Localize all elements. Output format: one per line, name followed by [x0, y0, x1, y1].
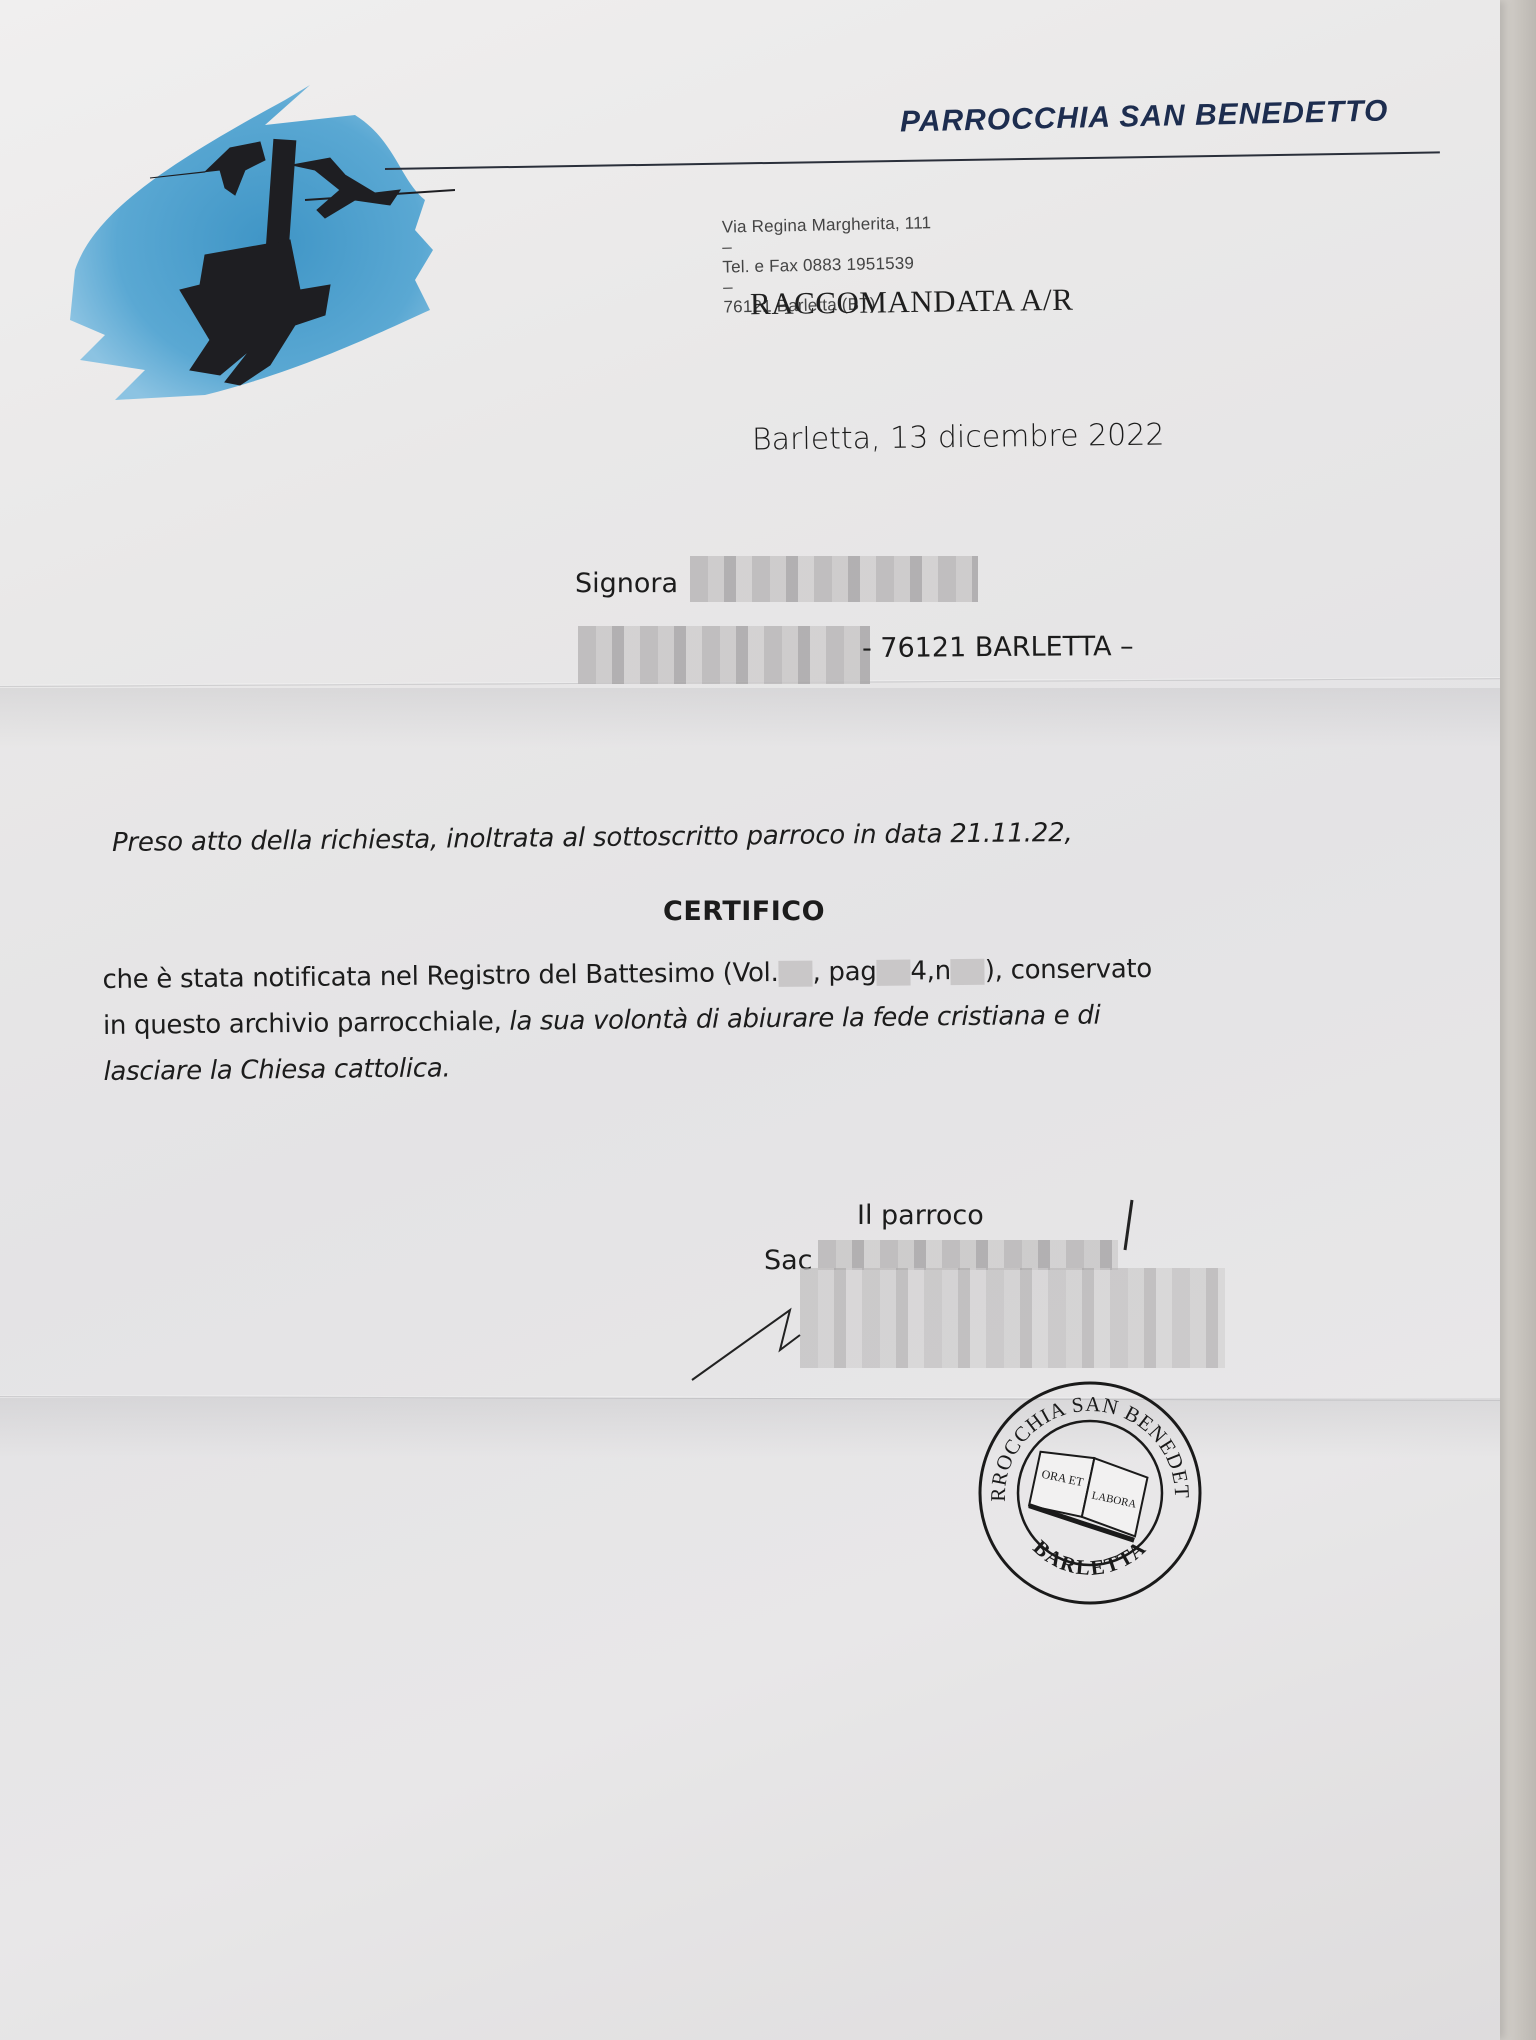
recipient-city: - 76121 BARLETTA – — [862, 631, 1134, 664]
separator: – — [722, 237, 732, 256]
volume-redacted — [778, 960, 812, 986]
certificate-heading: CERTIFICO — [663, 896, 825, 927]
body-text: che è stata notificata nel Registro del … — [102, 958, 778, 995]
recipient-address-redacted — [578, 626, 870, 684]
header-divider — [385, 151, 1440, 170]
parish-phone: Tel. e Fax 0883 1951539 — [722, 254, 914, 277]
body-text-italic: la sua volontà di abiurare la fede crist… — [509, 1001, 1100, 1037]
body-text: in questo archivio parrocchiale, — [103, 1007, 510, 1041]
body-text: , pag — [812, 957, 876, 988]
recipient-salutation: Signora — [575, 568, 678, 599]
delivery-type: RACCOMANDATA A/R — [750, 282, 1074, 323]
intro-paragraph: Preso atto della richiesta, inoltrata al… — [112, 818, 1073, 858]
parish-address: Via Regina Margherita, 111 — [722, 213, 932, 236]
letter-date: Barletta, 13 dicembre 2022 — [752, 417, 1165, 457]
body-text-italic: lasciare la Chiesa cattolica. — [103, 1053, 450, 1087]
parish-logo-icon — [55, 70, 455, 430]
number-redacted — [951, 958, 985, 984]
background-surface — [1496, 0, 1536, 2040]
letter-paper: PARROCCHIA SAN BENEDETTO Via Regina Marg… — [0, 0, 1500, 2040]
parish-name: PARROCCHIA SAN BENEDETTO — [900, 94, 1389, 139]
separator: – — [723, 277, 733, 296]
page-redacted — [876, 959, 910, 985]
fold-shadow — [0, 1398, 1500, 1458]
body-text: ), conservato — [985, 954, 1152, 986]
certificate-body: che è stata notificata nel Registro del … — [102, 943, 1403, 1095]
recipient-name-redacted — [690, 556, 978, 602]
fold-shadow — [0, 688, 1500, 748]
signature-stroke — [680, 1190, 1140, 1390]
parish-stamp: PARROCCHIA SAN BENEDETTO BARLETTA ORA ET… — [975, 1378, 1205, 1608]
body-text: 4,n — [910, 956, 951, 986]
